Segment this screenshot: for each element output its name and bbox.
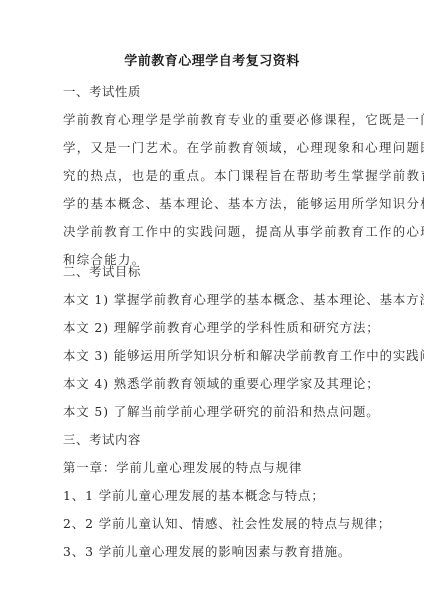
paragraph-line: 学前教育心理学是学前教育专业的重要必修课程，它既是一门科 (63, 112, 424, 128)
paragraph-line: 学的基本概念、基本理论、基本方法，能够运用所学知识分析和解 (63, 196, 424, 212)
goal-item: 本文 1) 掌握学前教育心理学的基本概念、基本理论、基本方法； (63, 292, 424, 308)
goal-item: 本文 4) 熟悉学前教育领域的重要心理学家及其理论； (63, 376, 380, 392)
content-item: 3、3 学前儿童心理发展的影响因素与教育措施。 (63, 544, 351, 560)
paragraph-line: 究的热点，也是的重点。本门课程旨在帮助考生掌握学前教育心理 (63, 168, 424, 184)
document-page: 学前教育心理学自考复习资料 一、考试性质 学前教育心理学是学前教育专业的重要必修… (0, 0, 424, 600)
section-heading-exam-nature: 一、考试性质 (63, 84, 141, 100)
content-item: 2、2 学前儿童认知、情感、社会性发展的特点与规律； (63, 516, 391, 532)
section-heading-exam-content: 三、考试内容 (63, 432, 141, 448)
content-item: 1、1 学前儿童心理发展的基本概念与特点； (63, 488, 325, 504)
goal-item: 本文 3) 能够运用所学知识分析和解决学前教育工作中的实践问题； (63, 348, 424, 364)
section-heading-exam-goals: 二、考试目标 (63, 264, 141, 280)
goal-item: 本文 2) 理解学前教育心理学的学科性质和研究方法； (63, 320, 380, 336)
paragraph-line: 学，又是一门艺术。在学前教育领域，心理现象和心理问题既是研 (63, 140, 424, 156)
chapter-heading: 第一章：学前儿童心理发展的特点与规律 (63, 460, 302, 476)
goal-item: 本文 5) 了解当前学前心理学研究的前沿和热点问题。 (63, 404, 380, 420)
paragraph-line: 决学前教育工作中的实践问题，提高从事学前教育工作的心理素质 (63, 224, 424, 240)
document-title: 学前教育心理学自考复习资料 (0, 50, 424, 69)
